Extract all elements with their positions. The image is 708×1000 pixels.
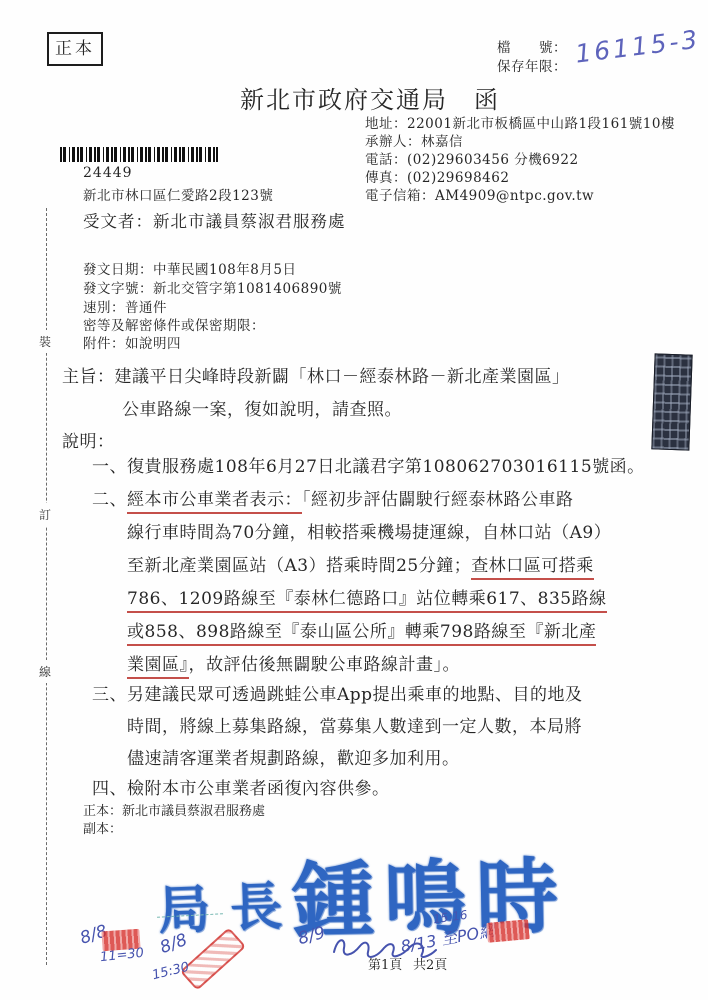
binding-mark-ding: 訂: [39, 503, 51, 526]
item-3-text-1: 另建議民眾可透過跳蛙公車App提出乘車的地點、目的地及: [127, 685, 583, 705]
item-2-line-1: 二、經本市公車業者表示：「經初步評估闢駛行經泰林路公車路: [92, 485, 574, 510]
closing-copy: 副本：: [83, 818, 122, 837]
item-1: 一、復貴服務處108年6月27日北議君字第108062703016115號函。: [92, 452, 645, 477]
contact-officer: 承辦人：林嘉信: [365, 130, 463, 150]
item-1-text: 復貴服務處108年6月27日北議君字第108062703016115號函。: [127, 457, 645, 477]
document-title: 新北市政府交通局 函: [30, 80, 708, 115]
item-4: 四、檢附本市公車業者函復內容供參。: [92, 774, 390, 799]
handwritten-file-number: 16115-3: [574, 24, 702, 68]
item-2-line-2: 線行車時間為70分鐘，相較搭乘機場捷運線，自林口站（A9）: [127, 518, 611, 543]
binding-mark-zhuang: 裝: [39, 330, 51, 353]
item-2-underlined-5: 或858、898路線至『泰山區公所』轉乘798路線至『新北產: [127, 622, 596, 646]
receiving-stamp: [651, 353, 692, 450]
contact-phone: 電話：(02)29603456 分機6922: [365, 148, 579, 168]
meta-attachment: 附件：如說明四: [83, 332, 181, 352]
contact-address: 地址：22001新北市板橋區中山路1段161號10樓: [365, 112, 675, 132]
contact-fax: 傳真：(02)29698462: [365, 166, 509, 186]
item-2-underlined-4: 786、1209路線至『泰林仁德路口』站位轉乘617、835路線: [127, 589, 607, 613]
subject-label: 主旨：: [62, 367, 115, 387]
file-no-label: 檔 號：: [497, 36, 567, 56]
explanation-label: 說明：: [62, 427, 115, 452]
footer-page-total: 共2頁: [413, 954, 447, 973]
subject-line-1: 主旨：建議平日尖峰時段新闢「林口－經泰林路－新北產業園區」: [62, 362, 570, 387]
item-4-number: 四、: [92, 779, 127, 799]
item-2-line-3: 至新北產業園區站（A3）搭乘時間25分鐘；查林口區可搭乘: [127, 551, 594, 576]
barcode-number: 24449: [83, 165, 133, 181]
annotation-2-time: 15:30: [151, 960, 191, 984]
annotation-1-time: 11=30: [99, 946, 144, 966]
contact-email: 電子信箱：AM4909@ntpc.gov.tw: [365, 184, 594, 204]
subject-text-1: 建議平日尖峰時段新闢「林口－經泰林路－新北產業園區」: [115, 367, 570, 387]
name-stamp-3: [486, 919, 530, 943]
meta-secrecy: 密等及解密條件或保密期限：: [83, 314, 265, 334]
item-4-text: 檢附本市公車業者函復內容供參。: [127, 779, 390, 799]
meta-date: 發文日期：中華民國108年8月5日: [83, 258, 296, 278]
item-2-line-4: 786、1209路線至『泰林仁德路口』站位轉乘617、835路線: [127, 584, 607, 609]
item-2-text-1: 「經初步評估闢駛行經泰林路公車路: [302, 490, 574, 510]
item-2-line-5: 或858、898路線至『泰山區公所』轉乘798路線至『新北產: [127, 617, 596, 642]
item-3-line-1: 三、另建議民眾可透過跳蛙公車App提出乘車的地點、目的地及: [92, 680, 583, 705]
recipient-address: 新北市林口區仁愛路2段123號: [83, 184, 273, 204]
item-3-line-2: 時間，將線上募集路線，當募集人數達到一定人數，本局將: [127, 712, 582, 737]
item-2-text-3: 至新北產業園區站（A3）搭乘時間25分鐘；: [127, 556, 471, 576]
item-3-line-3: 儘速請客運業者規劃路線，歡迎多加利用。: [127, 744, 460, 769]
meta-speed: 速別：普通件: [83, 296, 167, 316]
recipient-line: 受文者：新北市議員蔡淑君服務處: [83, 208, 346, 232]
item-2-underlined-3: 查林口區可搭乘: [471, 556, 594, 580]
barcode: [60, 147, 218, 162]
item-3-number: 三、: [92, 685, 127, 705]
item-2-underlined-6: 業園區』: [127, 655, 189, 679]
copy-type-box: 正本: [47, 32, 103, 66]
binding-dashed-line: [46, 208, 47, 965]
meta-doc-number: 發文字號：新北交管字第1081406890號: [83, 277, 342, 297]
item-2-text-6: ，故評估後無闢駛公車路線計畫」。: [189, 655, 461, 675]
item-1-number: 一、: [92, 457, 127, 477]
subject-line-2: 公車路線一案，復如說明，請查照。: [122, 395, 402, 420]
item-2-number: 二、: [92, 490, 127, 510]
retention-label: 保存年限：: [497, 55, 567, 75]
scanned-letter-page: 裝 訂 線 正本 檔 號： 保存年限： 16115-3 新北市政府交通局 函 地…: [0, 0, 708, 1000]
item-2-line-6: 業園區』，故評估後無闢駛公車路線計畫」。: [127, 650, 460, 675]
closing-original: 正本：新北市議員蔡淑君服務處: [83, 800, 265, 819]
binding-mark-xian: 線: [39, 660, 51, 683]
footer-page-number: 第1頁: [368, 954, 402, 973]
item-2-underlined-1: 經本市公車業者表示：: [127, 490, 302, 514]
